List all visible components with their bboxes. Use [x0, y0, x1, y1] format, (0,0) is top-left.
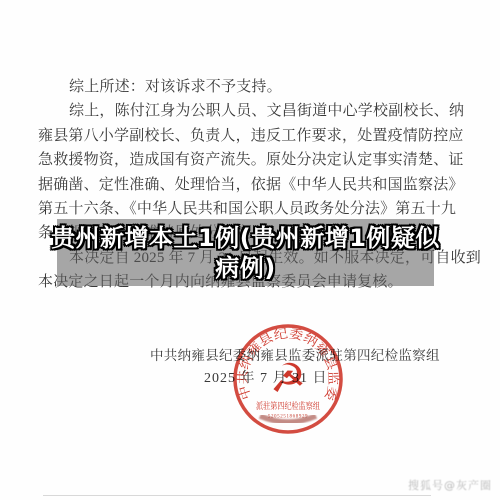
- hammer-sickle-icon: ☭: [270, 356, 306, 401]
- document-line: 综上，陈付江身为公职人员、文昌街道中心学校副校长、纳: [38, 99, 464, 123]
- headline-text-line2: 病例): [215, 253, 275, 283]
- document-page: 综上所述：对该诉求不予支持。 综上，陈付江身为公职人员、文昌街道中心学校副校长、…: [0, 0, 500, 500]
- document-line: 雍县第八小学副校长、负责人，违反工作要求，处置疫情防控应: [38, 124, 464, 148]
- document-line: 综上所述：对该诉求不予支持。: [38, 75, 464, 99]
- document-line: 急救援物资，造成国有资产流失。原处分决定认定事实清楚、证: [38, 148, 464, 172]
- sohu-watermark: 搜狐号@灰产圈: [408, 477, 492, 493]
- document-line: 第五十六条、《中华人民共和国公职人员政务处分法》第五十九: [38, 197, 464, 221]
- seal-banner-text: 派驻第四纪检监察组: [256, 400, 320, 411]
- headline-text-line1: 贵州新增本土1例(贵州新增1例疑似: [51, 223, 440, 253]
- headline-overlay: 贵州新增本土1例(贵州新增1例疑似 病例): [57, 219, 434, 286]
- official-seal: 中共纳雍县纪委纳雍县监委 ☭ 派驻第四纪检监察组 5205251868929: [229, 320, 347, 438]
- document-line: 据确凿、定性准确、处理恰当，依据《中华人民共和国监察法》: [38, 173, 464, 197]
- photo-edge-line: [43, 495, 431, 496]
